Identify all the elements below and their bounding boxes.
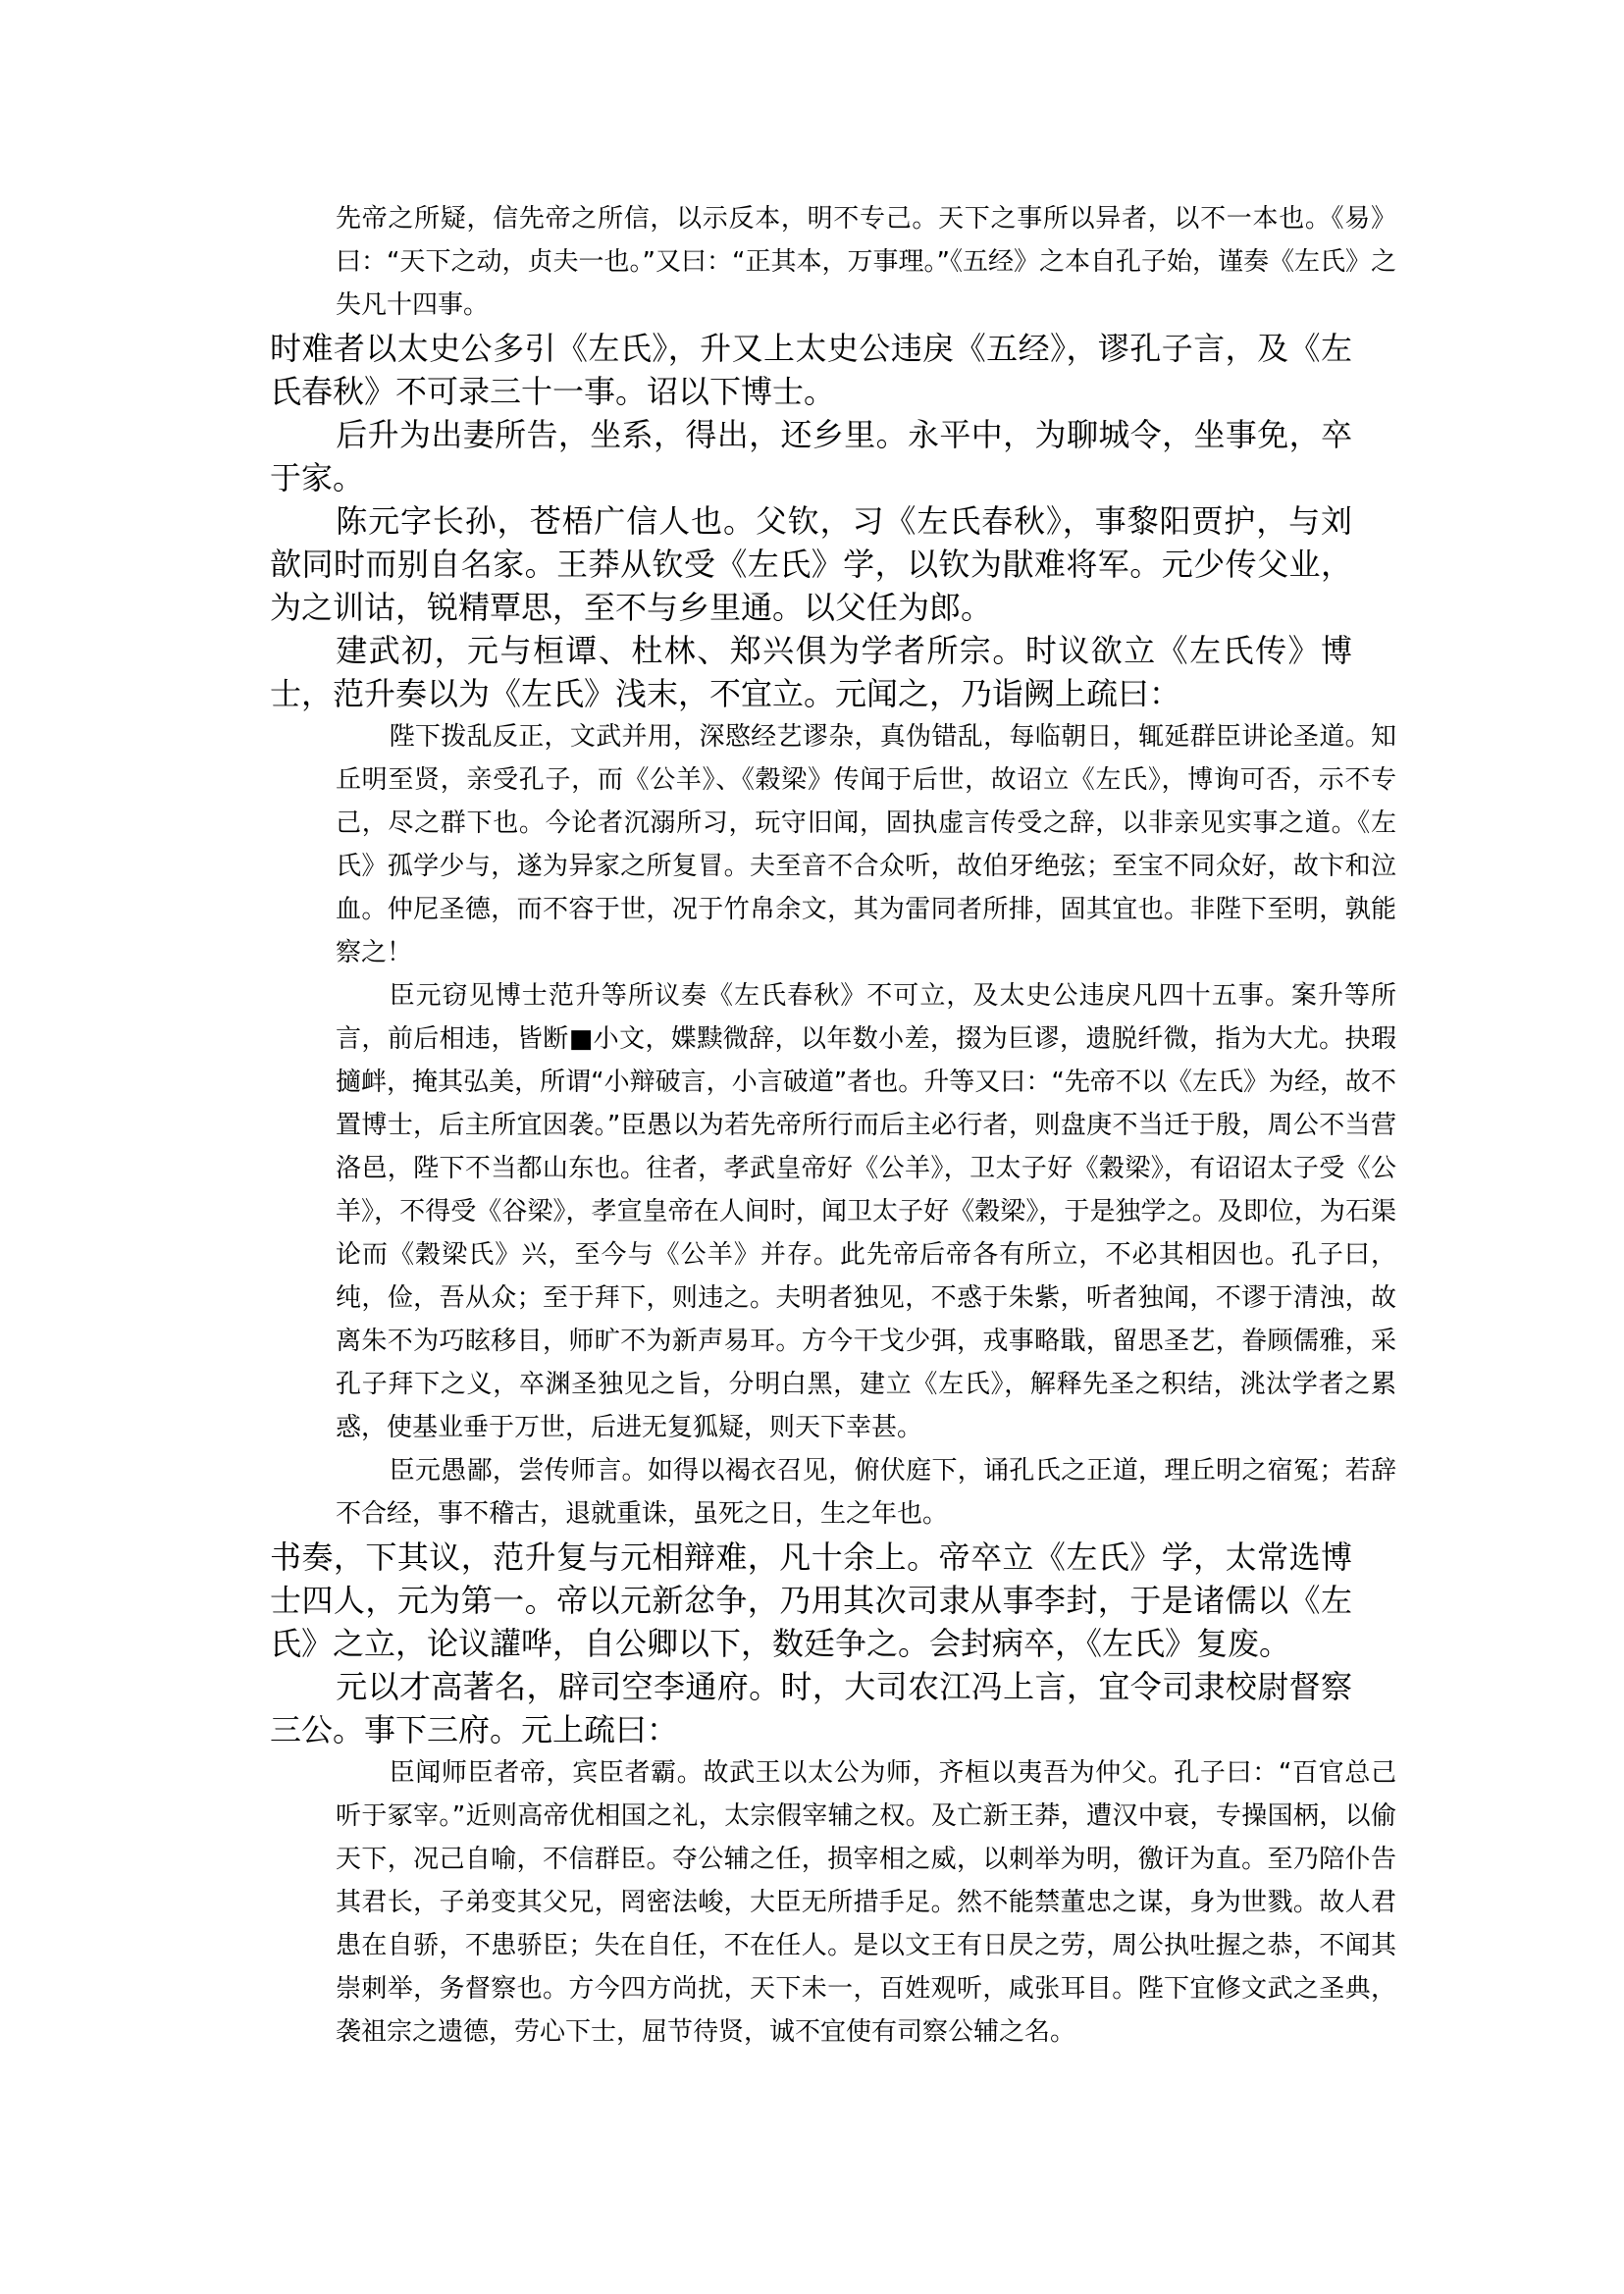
paragraph-body: 后升为出妻所告，坐系，得出，还乡里。永平中，为聊城令，坐事免，卒于家。 bbox=[270, 413, 1352, 499]
paragraph-quote-continued: 先帝之所疑，信先帝之所信，以示反本，明不专己。天下之事所以异者，以不一本也。《易… bbox=[336, 197, 1396, 327]
paragraph-quote-memorial: 陛下拨乱反正，文武并用，深愍经艺谬杂，真伪错乱，每临朝日，辄延群臣讲论圣道。知丘… bbox=[336, 715, 1396, 974]
paragraph-body: 陈元字长孙，苍梧广信人也。父钦，习《左氏春秋》，事黎阳贾护，与刘歆同时而别自名家… bbox=[270, 499, 1352, 629]
paragraph-quote-memorial: 臣元愚鄙，尝传师言。如得以褐衣召见，俯伏庭下，诵孔氏之正道，理丘明之宿冤；若辞不… bbox=[336, 1449, 1396, 1536]
paragraph-body: 建武初，元与桓谭、杜林、郑兴俱为学者所宗。时议欲立《左氏传》博士，范升奏以为《左… bbox=[270, 629, 1352, 715]
paragraph-body: 时难者以太史公多引《左氏》，升又上太史公违戾《五经》，谬孔子言，及《左氏春秋》不… bbox=[270, 327, 1352, 413]
paragraph-quote-memorial: 臣元窃见博士范升等所议奏《左氏春秋》不可立，及太史公违戾凡四十五事。案升等所言，… bbox=[336, 974, 1396, 1449]
paragraph-body: 元以才高著名，辟司空李通府。时，大司农江冯上言，宜令司隶校尉督察三公。事下三府。… bbox=[270, 1665, 1352, 1751]
paragraph-quote-memorial: 臣闻师臣者帝，宾臣者霸。故武王以太公为师，齐桓以夷吾为仲父。孔子曰：“百官总己听… bbox=[336, 1751, 1396, 2054]
paragraph-body: 书奏，下其议，范升复与元相辩难，凡十余上。帝卒立《左氏》学，太常选博士四人，元为… bbox=[270, 1536, 1352, 1665]
document-page: 先帝之所疑，信先帝之所信，以示反本，明不专己。天下之事所以异者，以不一本也。《易… bbox=[0, 0, 1624, 2294]
